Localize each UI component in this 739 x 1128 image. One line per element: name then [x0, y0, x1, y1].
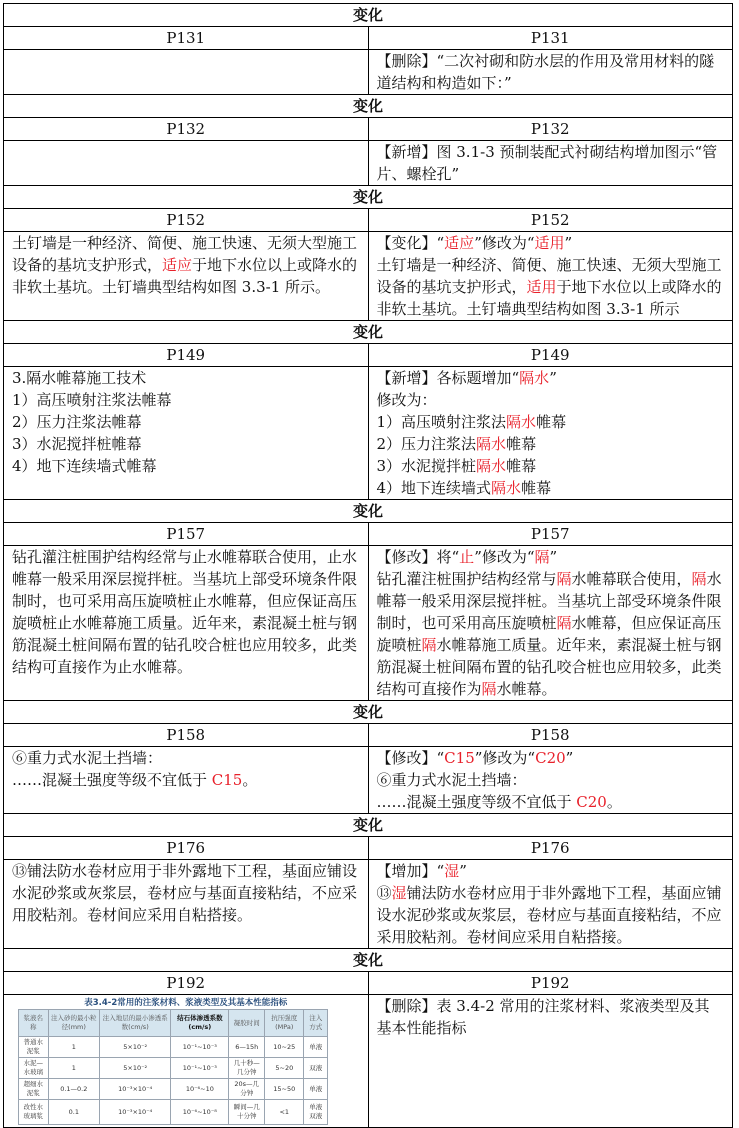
change-comparison-table: 变化 P131 P131 【删除】“二次衬砌和防水层的作用及常用材料的隧道结构和… [3, 3, 733, 1085]
page-label-left: P158 [4, 724, 369, 747]
original-line: ……混凝土强度等级不宜低于 C15。 [12, 769, 360, 791]
original-line: 2）压力注浆法帷幕 [12, 411, 360, 433]
page-label-left: P131 [4, 27, 369, 50]
page-label-left: P176 [4, 837, 369, 860]
revised-line: 3）水泥搅拌桩隔水帷幕 [377, 455, 725, 477]
section-header: 变化 [4, 701, 733, 724]
change-text-cell: 【修改】将“止”修改为“隔” 钻孔灌注桩围护结构经常与隔水帷幕联合使用，隔水帷幕… [368, 546, 733, 701]
page-label-right: P131 [368, 27, 733, 50]
original-text-cell: 3.隔水帷幕施工技术 1）高压喷射注浆法帷幕 2）压力注浆法帷幕 3）水泥搅拌桩… [4, 367, 369, 500]
table-row: 普通水泥浆15×10⁻²10⁻¹~10⁻³6—15h10~25单液 [19, 1037, 328, 1058]
col-header: 凝胶时间 [229, 1010, 265, 1037]
change-text-cell: 【删除】“二次衬砌和防水层的作用及常用材料的隧道结构和构造如下：” [368, 50, 733, 95]
change-text-cell: 【删除】表 3.4-2 常用的注浆材料、浆液类型及其基本性能指标 [368, 995, 733, 1086]
col-header: 抗压强度(MPa) [265, 1010, 304, 1037]
page-label-right: P192 [368, 972, 733, 995]
change-text-cell: 【新增】各标题增加“隔水” 修改为： 1）高压喷射注浆法隔水帷幕 2）压力注浆法… [368, 367, 733, 500]
section-header: 变化 [4, 321, 733, 344]
change-note: 【新增】图 3.1-3 预制装配式衬砌结构增加图示“管片、螺栓孔” [377, 141, 725, 185]
revised-line: ……混凝土强度等级不宜低于 C20。 [377, 791, 725, 813]
page-label-right: P157 [368, 523, 733, 546]
revised-line: 2）压力注浆法隔水帷幕 [377, 433, 725, 455]
change-subheading: 修改为： [377, 389, 725, 411]
embedded-grout-table: 浆液名称 注入砂的最小粒径(mm) 注入地层的最小渗透系数(cm/s) 结石体渗… [18, 1009, 328, 1085]
highlight-new-term: 适用 [527, 278, 557, 296]
original-line: 3）水泥搅拌桩帷幕 [12, 433, 360, 455]
change-note: 【删除】表 3.4-2 常用的注浆材料、浆液类型及其基本性能指标 [377, 995, 725, 1039]
original-text-cell: 钻孔灌注桩围护结构经常与止水帷幕联合使用，止水帷幕一般采用深层搅拌桩。当基坑上部… [4, 546, 369, 701]
highlight-old-term: 适应 [162, 256, 192, 274]
original-line: 1）高压喷射注浆法帷幕 [12, 389, 360, 411]
change-text-cell: 【变化】“适应”修改为“适用” 土钉墙是一种经济、简便、施工快速、无须大型施工设… [368, 232, 733, 321]
original-text-cell [4, 141, 369, 186]
page-label-left: P152 [4, 209, 369, 232]
page-label-right: P132 [368, 118, 733, 141]
original-line: ⑥重力式水泥土挡墙： [12, 747, 360, 769]
original-text-cell [4, 50, 369, 95]
change-text-cell: 【修改】“C15”修改为“C20” ⑥重力式水泥土挡墙： ……混凝土强度等级不宜… [368, 747, 733, 814]
original-text: 土钉墙是一种经济、简便、施工快速、无须大型施工设备的基坑支护形式，适应于地下水位… [12, 234, 357, 296]
col-header: 注入砂的最小粒径(mm) [48, 1010, 100, 1037]
page-label-right: P152 [368, 209, 733, 232]
original-line: 4）地下连续墙式帷幕 [12, 455, 360, 477]
original-text-cell: ⑥重力式水泥土挡墙： ……混凝土强度等级不宜低于 C15。 [4, 747, 369, 814]
page-label-right: P158 [368, 724, 733, 747]
section-header: 变化 [4, 95, 733, 118]
col-header: 结石体渗透系数(cm/s) [171, 1010, 229, 1037]
original-line: 3.隔水帷幕施工技术 [12, 367, 360, 389]
original-text: 钻孔灌注桩围护结构经常与止水帷幕联合使用，止水帷幕一般采用深层搅拌桩。当基坑上部… [12, 546, 360, 678]
revised-line: ⑥重力式水泥土挡墙： [377, 769, 725, 791]
col-header: 注入地层的最小渗透系数(cm/s) [100, 1010, 171, 1037]
section-header: 变化 [4, 949, 733, 972]
page-label-left: P157 [4, 523, 369, 546]
page-label-left: P132 [4, 118, 369, 141]
change-note: 【删除】“二次衬砌和防水层的作用及常用材料的隧道结构和构造如下：” [377, 50, 725, 94]
revised-text: ⑬湿铺法防水卷材应用于非外露地下工程，基面应铺设水泥砂浆或灰浆层，卷材应与基面直… [377, 882, 725, 948]
section-header: 变化 [4, 814, 733, 837]
col-header: 注入方式 [304, 1010, 328, 1037]
original-text-cell: 土钉墙是一种经济、简便、施工快速、无须大型施工设备的基坑支护形式，适应于地下水位… [4, 232, 369, 321]
original-figure-cell: 表3.4-2常用的注浆材料、浆液类型及其基本性能指标 浆液名称 注入砂的最小粒径… [4, 995, 369, 1086]
table-row: 超细水泥浆0.1—0.210⁻³×10⁻⁴10⁻⁶~1020s—几分钟15~50… [19, 1079, 328, 1086]
page-label-right: P149 [368, 344, 733, 367]
section-header: 变化 [4, 4, 733, 27]
change-text-cell: 【增加】“湿” ⑬湿铺法防水卷材应用于非外露地下工程，基面应铺设水泥砂浆或灰浆层… [368, 860, 733, 949]
page-label-right: P176 [368, 837, 733, 860]
page-label-left: P192 [4, 972, 369, 995]
original-text: ⑬铺法防水卷材应用于非外露地下工程，基面应铺设水泥砂浆或灰浆层，卷材应与基面直接… [12, 860, 360, 926]
section-header: 变化 [4, 500, 733, 523]
change-note: 【增加】“湿” [377, 860, 725, 882]
table-row: 水泥—水玻璃15×10⁻²10⁻¹~10⁻³几十秒—几分钟5~20双液 [19, 1058, 328, 1079]
revised-text: 钻孔灌注桩围护结构经常与隔水帷幕联合使用，隔水帷幕一般采用深层搅拌桩。当基坑上部… [377, 568, 725, 700]
revised-line: 1）高压喷射注浆法隔水帷幕 [377, 411, 725, 433]
change-note: 【变化】“适应”修改为“适用” [377, 232, 725, 254]
change-note: 【修改】将“止”修改为“隔” [377, 546, 725, 568]
change-note: 【新增】各标题增加“隔水” [377, 367, 725, 389]
revised-text: 土钉墙是一种经济、简便、施工快速、无须大型施工设备的基坑支护形式，适用于地下水位… [377, 254, 725, 320]
change-text-cell: 【新增】图 3.1-3 预制装配式衬砌结构增加图示“管片、螺栓孔” [368, 141, 733, 186]
original-text-cell: ⑬铺法防水卷材应用于非外露地下工程，基面应铺设水泥砂浆或灰浆层，卷材应与基面直接… [4, 860, 369, 949]
page-label-left: P149 [4, 344, 369, 367]
section-header: 变化 [4, 186, 733, 209]
embedded-table-title: 表3.4-2常用的注浆材料、浆液类型及其基本性能指标 [8, 997, 364, 1009]
revised-line: 4）地下连续墙式隔水帷幕 [377, 477, 725, 499]
col-header: 浆液名称 [19, 1010, 49, 1037]
change-note: 【修改】“C15”修改为“C20” [377, 747, 725, 769]
